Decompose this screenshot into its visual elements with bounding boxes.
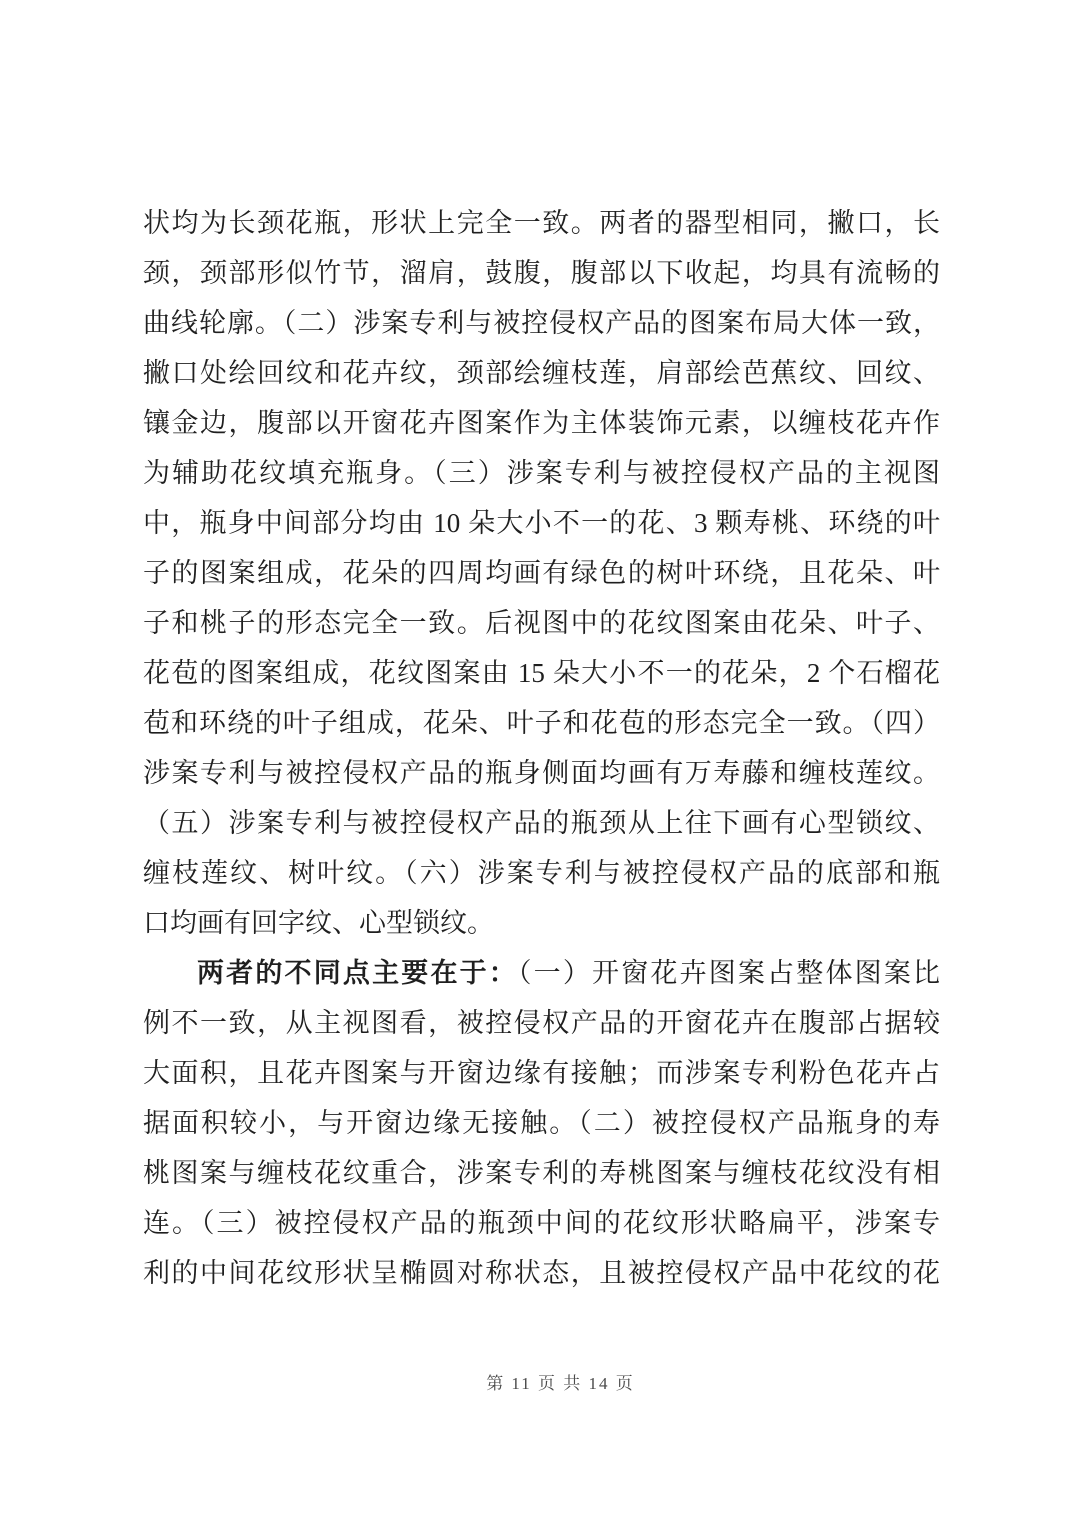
page-number-label: 第 11 页 共 14 页: [486, 1374, 635, 1393]
text-line: 子和桃子的形态完全一致。后视图中的花纹图案由花朵、叶子、: [143, 598, 940, 648]
text-line: 苞和环绕的叶子组成，花朵、叶子和花苞的形态完全一致。（四）: [143, 698, 940, 748]
paragraph-2: 两者的不同点主要在于：（一）开窗花卉图案占整体图案比 例不一致，从主视图看，被控…: [143, 948, 940, 1298]
text-line: 颈，颈部形似竹节，溜肩，鼓腹，腹部以下收起，均具有流畅的: [143, 248, 940, 298]
text-line: 撇口处绘回纹和花卉纹，颈部绘缠枝莲，肩部绘芭蕉纹、回纹、: [143, 348, 940, 398]
text-line: 花苞的图案组成，花纹图案由 15 朵大小不一的花朵，2 个石榴花: [143, 648, 940, 698]
text-line: 据面积较小，与开窗边缘无接触。（二）被控侵权产品瓶身的寿: [143, 1098, 940, 1148]
paragraph-2-lead-line: 两者的不同点主要在于：（一）开窗花卉图案占整体图案比: [143, 948, 940, 998]
text-line: 利的中间花纹形状呈椭圆对称状态，且被控侵权产品中花纹的花: [143, 1248, 940, 1298]
text-line: 为辅助花纹填充瓶身。（三）涉案专利与被控侵权产品的主视图: [143, 448, 940, 498]
text-line: 口均画有回字纹、心型锁纹。: [143, 898, 940, 948]
text-line: 涉案专利与被控侵权产品的瓶身侧面均画有万寿藤和缠枝莲纹。: [143, 748, 940, 798]
text-line: 例不一致，从主视图看，被控侵权产品的开窗花卉在腹部占据较: [143, 998, 940, 1048]
bold-lead-text: 两者的不同点主要在于：: [197, 958, 518, 988]
text-line: 状均为长颈花瓶，形状上完全一致。两者的器型相同，撇口，长: [143, 198, 940, 248]
text-line: 大面积，且花卉图案与开窗边缘有接触；而涉案专利粉色花卉占: [143, 1048, 940, 1098]
document-page: 状均为长颈花瓶，形状上完全一致。两者的器型相同，撇口，长 颈，颈部形似竹节，溜肩…: [0, 0, 1074, 1520]
page-footer: 第 11 页 共 14 页: [162, 1372, 959, 1396]
lead-line-rest: （一）开窗花卉图案占整体图案比: [518, 958, 940, 988]
text-line: 镶金边，腹部以开窗花卉图案作为主体装饰元素，以缠枝花卉作: [143, 398, 940, 448]
paragraph-1: 状均为长颈花瓶，形状上完全一致。两者的器型相同，撇口，长 颈，颈部形似竹节，溜肩…: [143, 198, 940, 948]
text-line: 中，瓶身中间部分均由 10 朵大小不一的花、3 颗寿桃、环绕的叶: [143, 498, 940, 548]
text-line: 缠枝莲纹、树叶纹。（六）涉案专利与被控侵权产品的底部和瓶: [143, 848, 940, 898]
body-text: 状均为长颈花瓶，形状上完全一致。两者的器型相同，撇口，长 颈，颈部形似竹节，溜肩…: [143, 198, 940, 1298]
text-line: 连。（三）被控侵权产品的瓶颈中间的花纹形状略扁平，涉案专: [143, 1198, 940, 1248]
text-line: 桃图案与缠枝花纹重合，涉案专利的寿桃图案与缠枝花纹没有相: [143, 1148, 940, 1198]
text-line: 曲线轮廓。（二）涉案专利与被控侵权产品的图案布局大体一致，: [143, 298, 940, 348]
text-line: 子的图案组成，花朵的四周均画有绿色的树叶环绕，且花朵、叶: [143, 548, 940, 598]
text-line: （五）涉案专利与被控侵权产品的瓶颈从上往下画有心型锁纹、: [143, 798, 940, 848]
